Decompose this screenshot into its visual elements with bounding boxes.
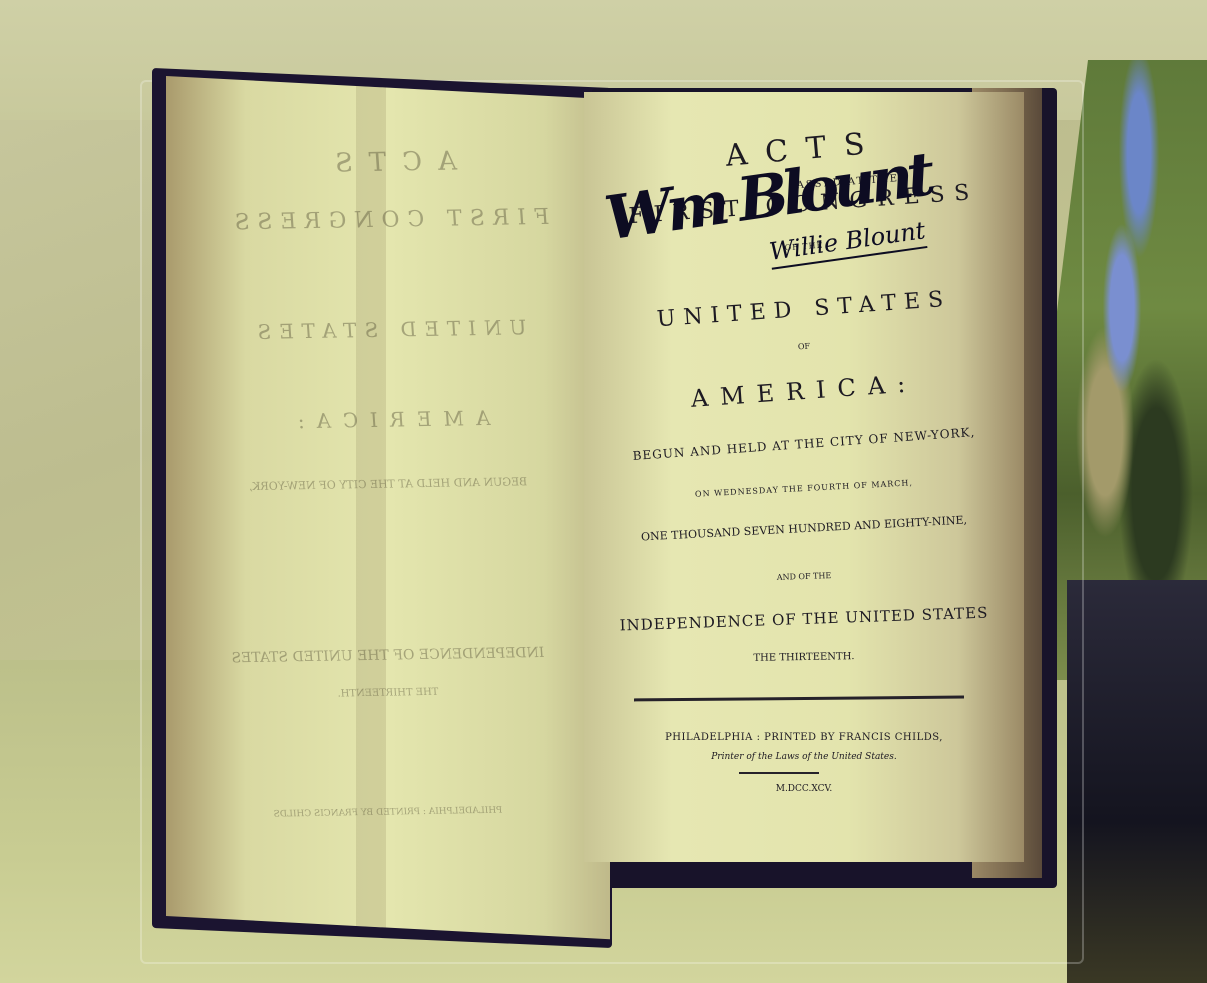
printer-subtitle: Printer of the Laws of the United States… <box>584 752 1024 762</box>
bleed-text: BEGUN AND HELD AT THE CITY OF NEW-YORK, <box>166 474 610 495</box>
horizontal-rule <box>634 696 964 702</box>
bleed-text: ACTS <box>166 144 610 182</box>
photo-scene: ACTS FIRST CONGRESS UNITED STATES AMERIC… <box>0 0 1207 983</box>
printer-line: PHILADELPHIA : PRINTED BY FRANCIS CHILDS… <box>584 732 1024 743</box>
thirteenth-line: THE THIRTEENTH. <box>584 648 1024 667</box>
bleed-text: PHILADELPHIA : PRINTED BY FRANCIS CHILDS <box>166 804 610 822</box>
bleed-text: AMERICA: <box>166 404 610 436</box>
publication-year: M.DCC.XCV. <box>584 784 1024 794</box>
and-of-the: AND OF THE <box>584 564 1024 588</box>
year-line: ONE THOUSAND SEVEN HUNDRED AND EIGHTY-NI… <box>584 510 1024 546</box>
bleed-text: FIRST CONGRESS <box>166 204 610 237</box>
left-page: ACTS FIRST CONGRESS UNITED STATES AMERIC… <box>166 76 610 939</box>
begun-line: BEGUN AND HELD AT THE CITY OF NEW-YORK, <box>584 422 1024 467</box>
bleed-text: UNITED STATES <box>166 314 610 346</box>
title-page: ACTS PASSED AT THE FIRST CONGRESS OF THE… <box>584 92 1024 862</box>
short-rule <box>739 772 819 774</box>
background-shadow <box>1067 580 1207 983</box>
independence-line: INDEPENDENCE OF THE UNITED STATES <box>584 602 1024 635</box>
date-line: ON WEDNESDAY THE FOURTH OF MARCH, <box>584 472 1024 504</box>
bleed-text: THE THIRTEENTH. <box>166 684 610 703</box>
bleed-text: INDEPENDENCE OF THE UNITED STATES <box>166 644 610 668</box>
united-states: UNITED STATES <box>584 282 1024 338</box>
open-book: ACTS FIRST CONGRESS UNITED STATES AMERIC… <box>152 68 1062 948</box>
america: AMERICA: <box>584 362 1024 421</box>
